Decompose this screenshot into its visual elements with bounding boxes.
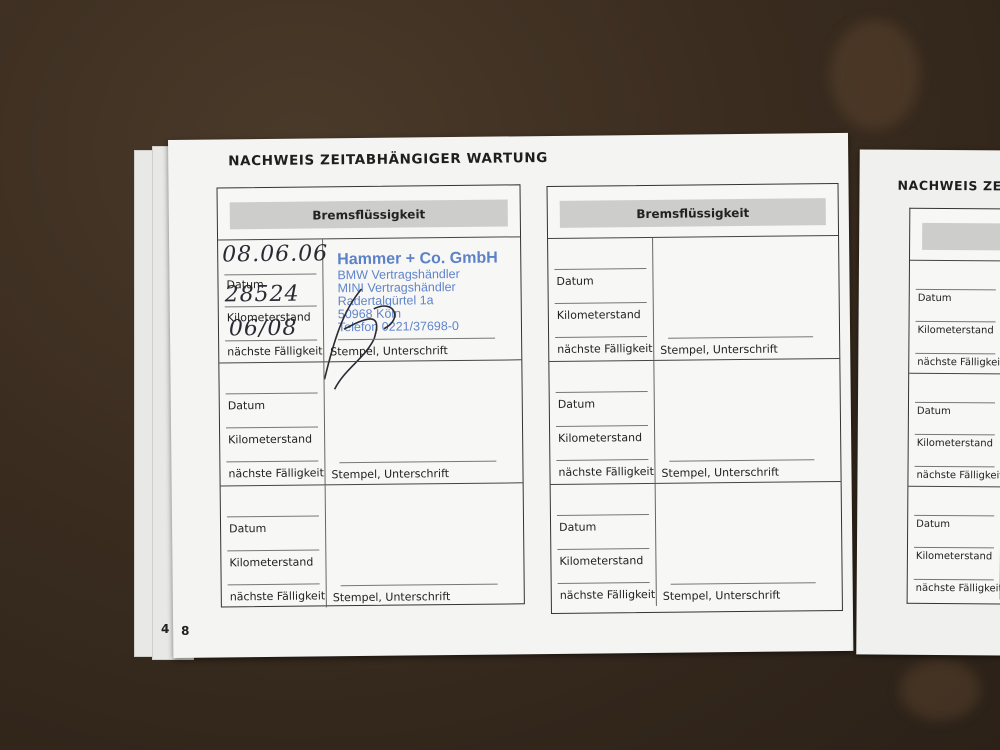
stamp-signature-area: Stempel, Unterschrift [324,360,522,484]
stamp-signature-area: Stempel, Unterschrift [654,359,840,483]
row-labels: Datum Kilometerstand nächste Fälligkeit [548,238,654,361]
table-stain [830,20,920,130]
left-page: NACHWEIS ZEITABHÄNGIGER WARTUNG Bremsflü… [168,133,853,658]
form-row-1: 08.06.06 Datum 28524 Kilometerstand 06/0… [218,236,521,362]
label-stamp-signature: Stempel, Unterschrift [331,467,449,481]
handwritten-date: 08.06.06 [222,241,328,267]
form-row-3: Datum Kilometerstand nächste Fälligkeit … [221,482,524,608]
row-labels: Datum Kilometerstand nächste Fälligkeit [908,487,1000,600]
label-next-due: nächste Fälligkeit [560,588,656,602]
label-stamp-signature: Stempel, Unterschrift [661,466,779,480]
label-date: Datum [556,275,593,288]
label-mileage: Kilometerstand [228,433,312,447]
brake-fluid-form-1: Bremsflüssigkeit 08.06.06 Datum 28524 Ki… [217,184,525,607]
label-date: Datum [558,398,595,411]
table-stain [900,660,980,720]
handwritten-next-due: 06/08 [229,316,298,342]
form-header: Bremsflüssigkeit [560,198,826,228]
label-date: Datum [228,399,265,412]
form-row-1: Datum Kilometerstand nächste Fälligkeit … [548,235,839,361]
label-date: Datum [916,519,950,530]
label-next-due: nächste Fälligkeit [558,465,654,479]
label-next-due: nächste Fälligkeit [557,342,653,356]
brake-fluid-form-2: Bremsflüssigkeit Datum Kilometerstand nä… [547,183,843,614]
label-date: Datum [229,522,266,535]
stamp-signature-area: Stempel, Unterschrift [326,483,524,607]
form-header: Bre [922,223,1000,251]
form-row-2: Datum Kilometerstand nächste Fälligkeit [908,373,1000,487]
form-row-1: Datum Kilometerstand nächste Fälligkeit [909,260,1000,374]
label-date: Datum [559,521,596,534]
label-mileage: Kilometerstand [229,556,313,570]
label-mileage: Kilometerstand [917,325,993,337]
stamp-signature-area: Stempel, Unterschrift [653,236,839,360]
handwritten-mileage: 28524 [224,282,299,308]
label-next-due: nächste Fälligkeit [230,589,326,603]
label-mileage: Kilometerstand [917,438,993,450]
page-number: 8 [181,624,190,638]
label-stamp-signature: Stempel, Unterschrift [330,344,448,358]
label-next-due: nächste Fälligkeit [228,466,324,480]
label-mileage: Kilometerstand [559,554,643,568]
row-labels: Datum Kilometerstand nächste Fälligkeit [219,362,325,485]
row-labels: Datum Kilometerstand nächste Fälligkeit [549,361,655,484]
label-next-due: nächste Fälligkeit [917,357,1000,369]
label-stamp-signature: Stempel, Unterschrift [663,589,781,603]
form-header: Bremsflüssigkeit [230,199,508,229]
stamp-signature-area: Hammer + Co. GmbH BMW Vertragshändler MI… [323,237,521,361]
label-stamp-signature: Stempel, Unterschrift [333,590,451,604]
stamp-signature-area: Stempel, Unterschrift [656,482,842,606]
row-labels: Datum Kilometerstand nächste Fälligkeit [909,261,1000,374]
label-mileage: Kilometerstand [916,551,992,563]
row-labels: Datum Kilometerstand nächste Fälligkeit [551,484,657,607]
label-date: Datum [917,406,951,417]
label-date: Datum [918,293,952,304]
row-labels: Datum Kilometerstand nächste Fälligkeit [221,485,327,608]
page-title: NACHWEIS ZEITABHÄNGIGER WARTUNG [228,150,548,169]
right-page: NACHWEIS ZEITA Bre Datum Kilometerstand … [856,149,1000,655]
form-row-2: Datum Kilometerstand nächste Fälligkeit … [549,358,840,484]
form-row-3: Datum Kilometerstand nächste Fälligkeit [908,486,1000,600]
label-stamp-signature: Stempel, Unterschrift [660,343,778,357]
brake-fluid-form-partial: Bre Datum Kilometerstand nächste Fälligk… [907,208,1000,605]
row-labels: Datum Kilometerstand nächste Fälligkeit [908,374,1000,487]
form-row-2: Datum Kilometerstand nächste Fälligkeit … [219,359,522,485]
underlying-page-number: 4 [161,622,169,636]
label-mileage: Kilometerstand [557,308,641,322]
page-title: NACHWEIS ZEITA [897,178,1000,194]
label-next-due: nächste Fälligkeit [916,470,1000,482]
label-mileage: Kilometerstand [558,431,642,445]
label-next-due: nächste Fälligkeit [916,583,1000,595]
form-row-3: Datum Kilometerstand nächste Fälligkeit … [551,481,842,607]
